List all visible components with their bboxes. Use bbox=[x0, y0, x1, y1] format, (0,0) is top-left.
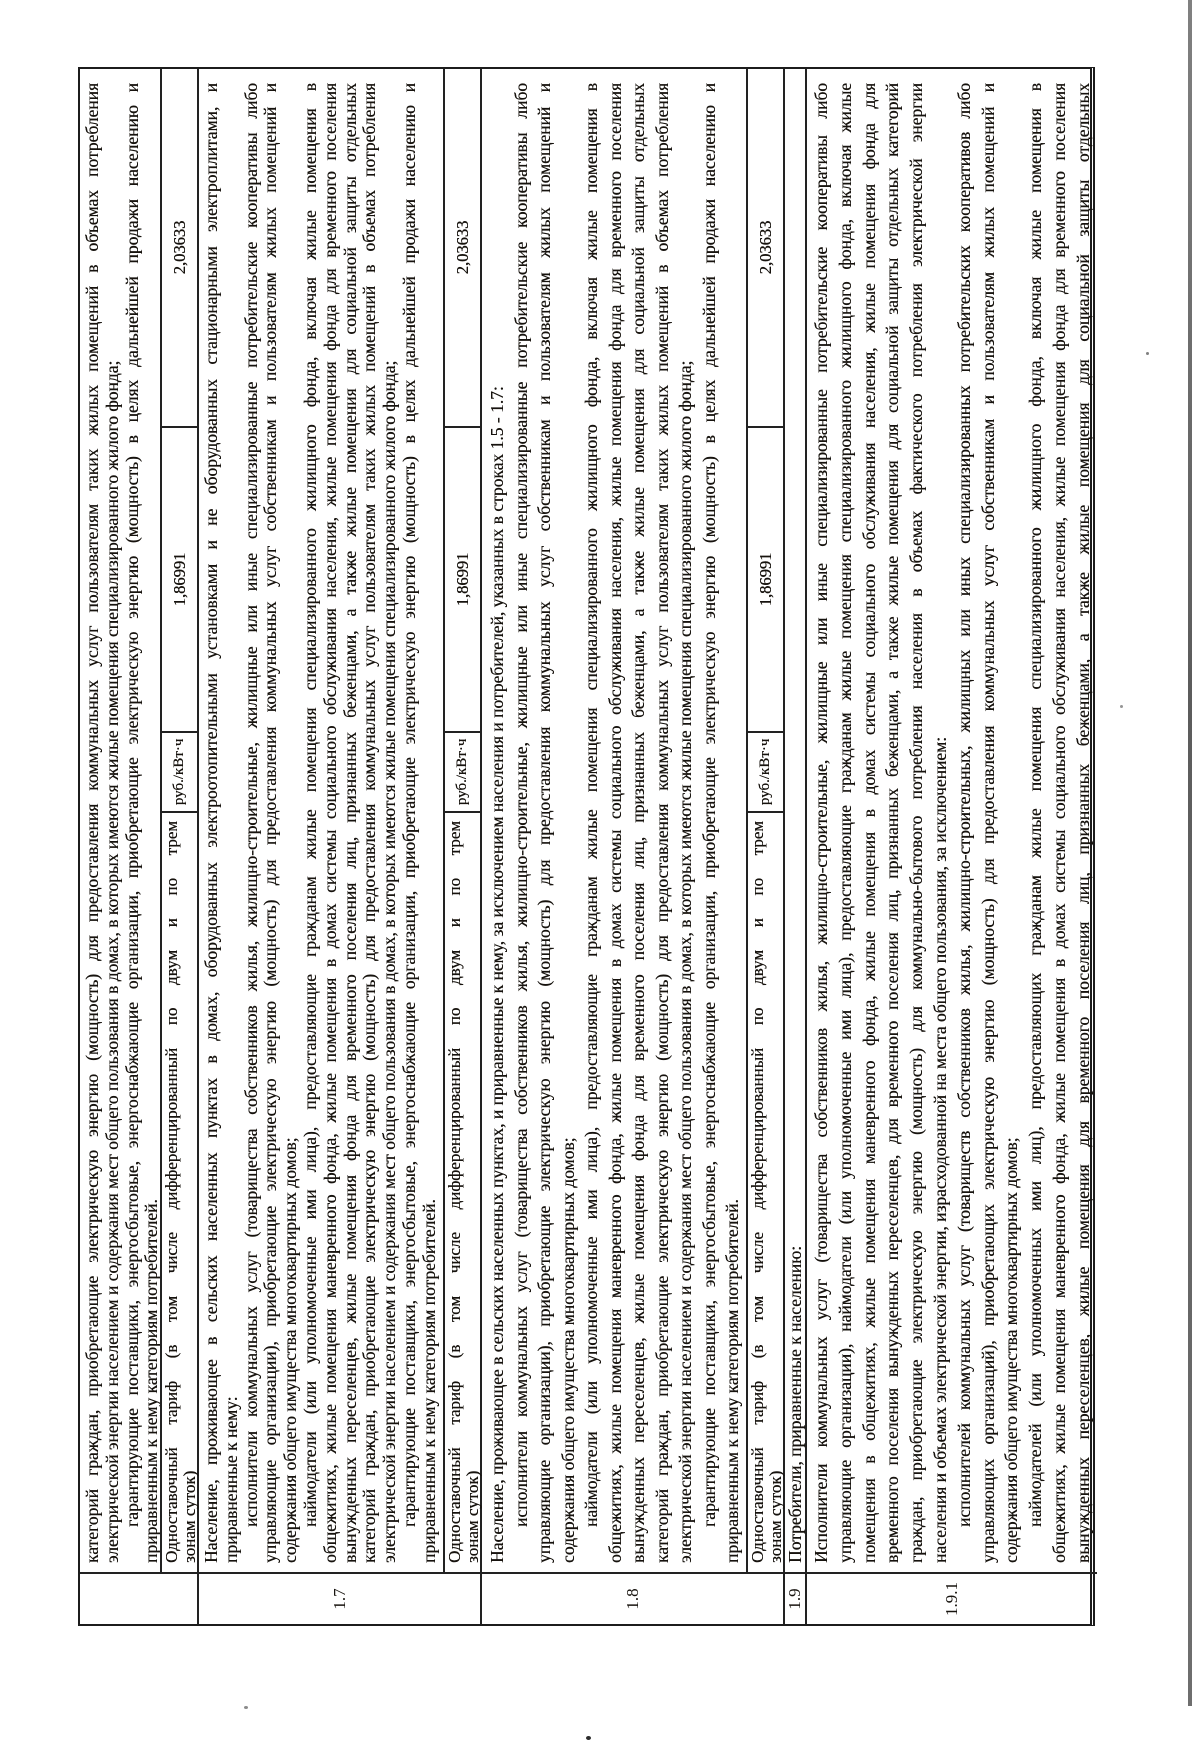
row-number: 1.8 bbox=[623, 1588, 643, 1609]
text-line: граждан, приобретающие электрическую эне… bbox=[905, 83, 929, 1563]
text-line: исполнители коммунальных услуг (товарище… bbox=[510, 83, 534, 1563]
unit-cell: руб./кВт·ч bbox=[748, 733, 783, 813]
tariff-label-line1: Одноставочный тариф (в том числе диффере… bbox=[163, 821, 181, 1563]
text-line: категорий граждан, приобретающие электри… bbox=[651, 83, 675, 1563]
row-text-block: категорий граждан, приобретающие электри… bbox=[83, 69, 162, 1572]
unit-cell: руб./кВт·ч bbox=[445, 733, 480, 813]
text-line: Исполнители коммунальных услуг (товарище… bbox=[810, 83, 834, 1563]
table-row-1-9: 1.9 Потребители, приравненные к населени… bbox=[785, 69, 807, 1624]
tariff-subrow-label: Одноставочный тариф (в том числе диффере… bbox=[748, 813, 783, 1572]
text-line: Население, проживающее в сельских населе… bbox=[486, 83, 510, 1563]
text-line: наймодателей (или уполномоченных ими лиц… bbox=[1024, 83, 1048, 1563]
tariff-value-second-half: 2,03633 bbox=[162, 69, 197, 428]
tariff-value-second-half: 2,03633 bbox=[445, 69, 480, 428]
text-line: приравненным к нему категориям потребите… bbox=[721, 83, 745, 1563]
text-line: Потребители, приравненные к населению: bbox=[785, 83, 805, 1563]
row-text-block: Население, проживающее в сельских населе… bbox=[486, 69, 745, 1572]
tariff-subrow-label: Одноставочный тариф (в том числе диффере… bbox=[162, 813, 197, 1572]
row-text-block: Исполнители коммунальных услуг (товарище… bbox=[810, 69, 1096, 1572]
rotated-page-content: категорий граждан, приобретающие электри… bbox=[0, 0, 1200, 1745]
text-line: общежитиях, жилые помещения маневренного… bbox=[321, 83, 341, 1563]
text-line: гарантирующие поставщики, энергосбытовые… bbox=[400, 83, 420, 1563]
text-line: населения и объемах электрической энерги… bbox=[929, 83, 953, 1563]
text-line: электрической энергии населением и содер… bbox=[103, 83, 123, 1563]
text-line: наймодатели (или уполномоченные ими лица… bbox=[301, 83, 321, 1563]
text-line: исполнителей коммунальных услуг (товарищ… bbox=[953, 83, 977, 1563]
scan-speck-artifact bbox=[244, 1706, 248, 1709]
text-line: управляющие организации), приобретающие … bbox=[533, 83, 557, 1563]
scanned-tariff-document-page: категорий граждан, приобретающие электри… bbox=[0, 0, 1200, 1745]
table-row-1-9-1: 1.9.1 Исполнители коммунальных услуг (то… bbox=[807, 69, 1097, 1624]
text-line: электрической энергии населением и содер… bbox=[380, 83, 400, 1563]
text-line: содержания общего имущества многоквартир… bbox=[557, 83, 581, 1563]
row-number-cell: 1.8 bbox=[482, 1572, 783, 1624]
text-line: временного поселения вынужденных пересел… bbox=[881, 83, 905, 1563]
text-line: приравненным к нему категориям потребите… bbox=[420, 83, 440, 1563]
tariff-label-line2: зонам суток) bbox=[181, 821, 199, 1563]
scan-speck-artifact bbox=[1146, 352, 1149, 355]
text-line: содержания общего имущества многоквартир… bbox=[281, 83, 301, 1563]
tariff-subrow-label: Одноставочный тариф (в том числе диффере… bbox=[445, 813, 480, 1572]
text-line: Население, проживающее в сельских населе… bbox=[202, 83, 222, 1563]
text-line: приравненные к нему: bbox=[222, 83, 242, 1563]
tariff-label-line1: Одноставочный тариф (в том числе диффере… bbox=[749, 821, 767, 1563]
text-line: вынужденных переселенцев, жилые помещени… bbox=[1072, 83, 1096, 1563]
text-line: исполнители коммунальных услуг (товарище… bbox=[242, 83, 262, 1563]
scan-speck-artifact bbox=[586, 1736, 591, 1740]
row-number: 1.7 bbox=[330, 1588, 350, 1609]
tariff-label-line1: Одноставочный тариф (в том числе диффере… bbox=[446, 821, 464, 1563]
row-text-block: Потребители, приравненные к населению: bbox=[785, 69, 805, 1572]
text-line: общежитиях, жилые помещения маневренного… bbox=[604, 83, 628, 1563]
row-number-cell: 1.9.1 bbox=[807, 1572, 1097, 1624]
text-line: наймодатели (или уполномоченные ими лица… bbox=[580, 83, 604, 1563]
scan-speck-artifact bbox=[1120, 705, 1123, 708]
text-line: гарантирующие поставщики, энергосбытовые… bbox=[123, 83, 143, 1563]
tariff-subrow: Одноставочный тариф (в том числе диффере… bbox=[443, 69, 480, 1572]
scan-page-edge-artifact bbox=[1188, 0, 1192, 1706]
text-line: общежитиях, жилые помещения маневренного… bbox=[1048, 83, 1072, 1563]
table-row-1-8: 1.8 Население, проживающее в сельских на… bbox=[482, 69, 785, 1624]
text-line: управляющих организаций), приобретающих … bbox=[977, 83, 1001, 1563]
text-line: управляющие организации), наймодатели (и… bbox=[834, 83, 858, 1563]
tariff-subrow: Одноставочный тариф (в том числе диффере… bbox=[746, 69, 783, 1572]
text-line: помещения в общежитиях, жилые помещения … bbox=[858, 83, 882, 1563]
text-line: гарантирующие поставщики, энергосбытовые… bbox=[698, 83, 722, 1563]
tariff-value-first-half: 1,86991 bbox=[162, 428, 197, 733]
tariff-value-first-half: 1,86991 bbox=[748, 428, 783, 733]
tariff-table: категорий граждан, приобретающие электри… bbox=[78, 67, 1095, 1626]
row-number: 1.9.1 bbox=[942, 1582, 962, 1616]
text-line: вынужденных переселенцев, жилые помещени… bbox=[341, 83, 361, 1563]
table-row-continued: категорий граждан, приобретающие электри… bbox=[80, 69, 199, 1624]
row-number-cell bbox=[80, 1572, 197, 1624]
text-line: категорий граждан, приобретающие электри… bbox=[360, 83, 380, 1563]
row-number-cell: 1.7 bbox=[199, 1572, 480, 1624]
tariff-label-line2: зонам суток) bbox=[767, 821, 785, 1563]
text-line: содержания общего имущества многоквартир… bbox=[1000, 83, 1024, 1563]
tariff-label-line2: зонам суток) bbox=[464, 821, 482, 1563]
table-row-1-7: 1.7 Население, проживающее в сельских на… bbox=[199, 69, 482, 1624]
text-line: вынужденных переселенцев, жилые помещени… bbox=[627, 83, 651, 1563]
tariff-value-second-half: 2,03633 bbox=[748, 69, 783, 428]
row-text-block: Население, проживающее в сельских населе… bbox=[202, 69, 440, 1572]
text-line: категорий граждан, приобретающие электри… bbox=[83, 83, 103, 1563]
row-number: 1.9 bbox=[785, 1588, 805, 1609]
text-line: управляющие организации), приобретающие … bbox=[261, 83, 281, 1563]
tariff-subrow: Одноставочный тариф (в том числе диффере… bbox=[160, 69, 197, 1572]
unit-cell: руб./кВт·ч bbox=[162, 733, 197, 813]
text-line: электрической энергии населением и содер… bbox=[674, 83, 698, 1563]
row-number-cell: 1.9 bbox=[785, 1572, 805, 1624]
tariff-value-first-half: 1,86991 bbox=[445, 428, 480, 733]
